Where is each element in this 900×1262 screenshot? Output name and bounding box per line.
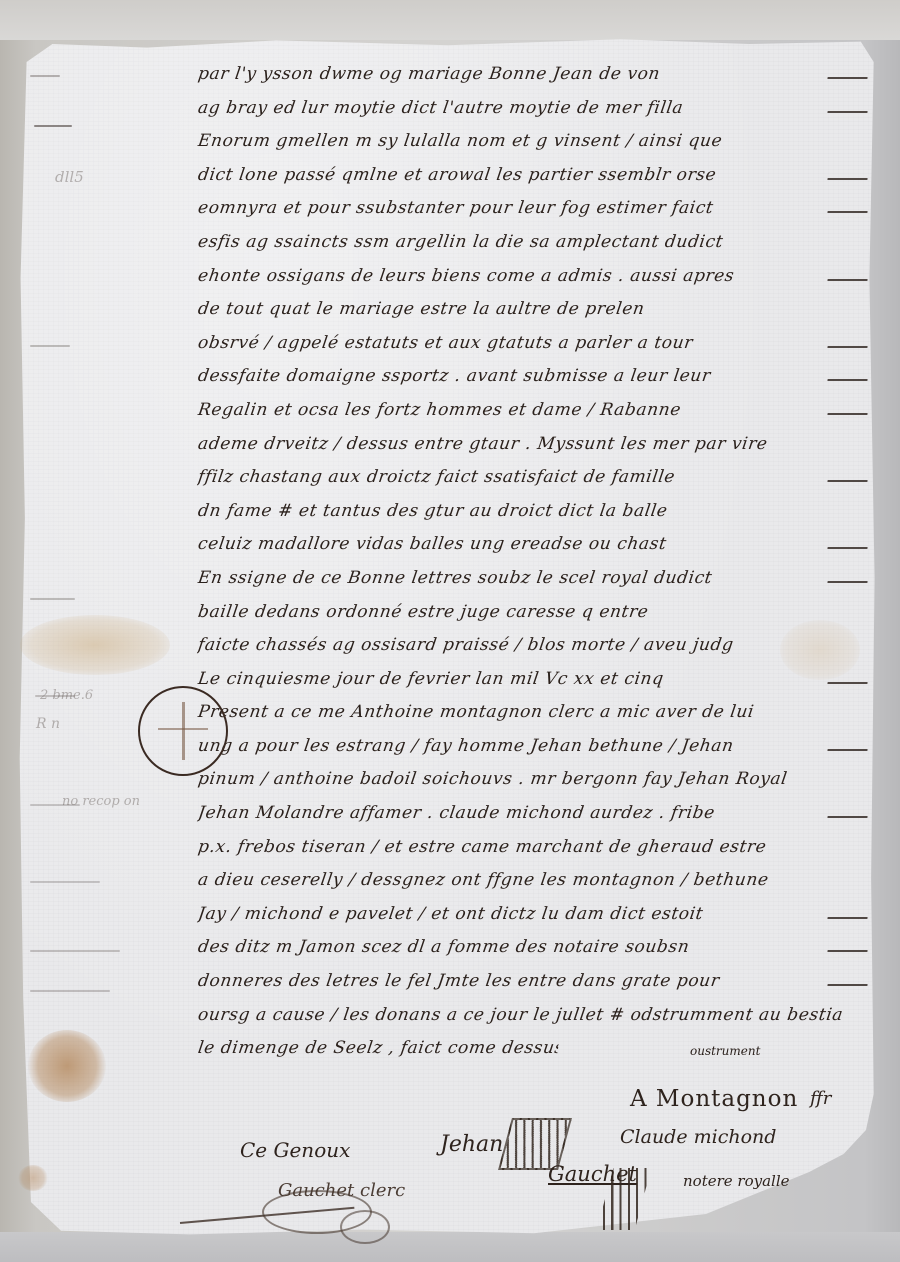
brown-stain bbox=[28, 1030, 106, 1102]
photo-backdrop-top bbox=[0, 0, 900, 40]
circled-cross-mark-icon bbox=[138, 686, 228, 776]
brown-stain-small bbox=[18, 1165, 48, 1191]
signature-montagnon: A Montagnon bbox=[630, 1086, 798, 1112]
signature-witness-michond: Claude michond bbox=[620, 1126, 776, 1148]
text-line: Le cinquiesme jour de fevrier lan mil Vc… bbox=[196, 663, 871, 697]
text-line: ehonte ossigans de leurs biens come a ad… bbox=[196, 260, 871, 294]
text-line: esfis ag ssaincts ssm argellin la die sa… bbox=[196, 226, 871, 260]
margin-rule bbox=[34, 125, 72, 127]
text-line: baille dedans ordonné estre juge caresse… bbox=[196, 596, 871, 630]
text-line: de tout quat le mariage estre la aultre … bbox=[196, 293, 871, 327]
text-line: En ssigne de ce Bonne lettres soubz le s… bbox=[196, 562, 871, 596]
margin-rule bbox=[30, 881, 100, 883]
margin-rule bbox=[30, 950, 120, 952]
text-line: Jehan Molandre affamer . claude michond … bbox=[196, 797, 871, 831]
signature-montagnon-suffix: ffr bbox=[810, 1088, 831, 1109]
margin-rule bbox=[30, 598, 75, 600]
text-line: Regalin et ocsa les fortz hommes et dame… bbox=[196, 394, 871, 428]
text-line: ag bray ed lur moytie dict l'autre moyti… bbox=[196, 92, 871, 126]
signature-witness-center: Jehan bbox=[440, 1132, 503, 1157]
text-line: celuiz madallore vidas balles ung ereads… bbox=[196, 528, 871, 562]
interlinear-insertion: oustrument bbox=[690, 1044, 760, 1058]
cross-horizontal bbox=[158, 728, 208, 730]
cross-vertical bbox=[182, 702, 185, 760]
photo-backdrop-bottom bbox=[0, 1232, 900, 1262]
text-line: des ditz m Jamon scez dl a fomme des not… bbox=[196, 931, 871, 965]
margin-rule bbox=[30, 75, 60, 77]
text-line: a dieu ceserelly / dessgnez ont ffgne le… bbox=[196, 864, 871, 898]
text-line: ffilz chastang aux droictz faict ssatisf… bbox=[196, 461, 871, 495]
margin-rule bbox=[30, 990, 110, 992]
text-line: obsrvé / agpelé estatuts et aux gtatuts … bbox=[196, 327, 871, 361]
text-line: oursg a cause / les donans a ce jour le … bbox=[196, 999, 871, 1033]
text-line: Present a ce me Anthoine montagnon clerc… bbox=[196, 696, 871, 730]
text-line: p.x. frebos tiseran / et estre came marc… bbox=[196, 831, 871, 865]
text-line: par l'y ysson dwme og mariage Bonne Jean… bbox=[196, 58, 871, 92]
text-line: faicte chassés ag ossisard praissé / blo… bbox=[196, 629, 871, 663]
text-line: pinum / anthoine badoil soichouvs . mr b… bbox=[196, 763, 871, 797]
text-line: donneres des letres le fel Jmte les entr… bbox=[196, 965, 871, 999]
text-line: dn fame # et tantus des gtur au droict d… bbox=[196, 495, 871, 529]
margin-note: 2 bme.6 bbox=[40, 688, 93, 703]
text-line: Jay / michond e pavelet / et ont dictz l… bbox=[196, 898, 871, 932]
text-line: dict lone passé qmlne et arowal les part… bbox=[196, 159, 871, 193]
text-line: eomnyra et pour ssubstanter pour leur fo… bbox=[196, 192, 871, 226]
margin-note: dll5 bbox=[55, 168, 84, 186]
margin-note: R n bbox=[36, 716, 60, 732]
margin-note: no recop on bbox=[62, 794, 140, 809]
text-line: ademe drveitz / dessus entre gtaur . Mys… bbox=[196, 428, 871, 462]
water-stain bbox=[20, 615, 170, 675]
signature-flourish bbox=[340, 1210, 390, 1244]
document-body: par l'y ysson dwme og mariage Bonne Jean… bbox=[198, 58, 868, 1066]
text-line: dessfaite domaigne ssportz . avant submi… bbox=[196, 360, 871, 394]
text-line: Enorum gmellen m sy lulalla nom et g vin… bbox=[196, 125, 871, 159]
notary-title: notere royalle bbox=[683, 1172, 790, 1190]
text-line: ung a pour les estrang / fay homme Jehan… bbox=[196, 730, 871, 764]
signature-witness-genoux: Ce Genoux bbox=[240, 1138, 350, 1162]
margin-rule bbox=[30, 345, 70, 347]
text-line: le dimenge de Seelz , faict come dessus bbox=[196, 1032, 561, 1066]
